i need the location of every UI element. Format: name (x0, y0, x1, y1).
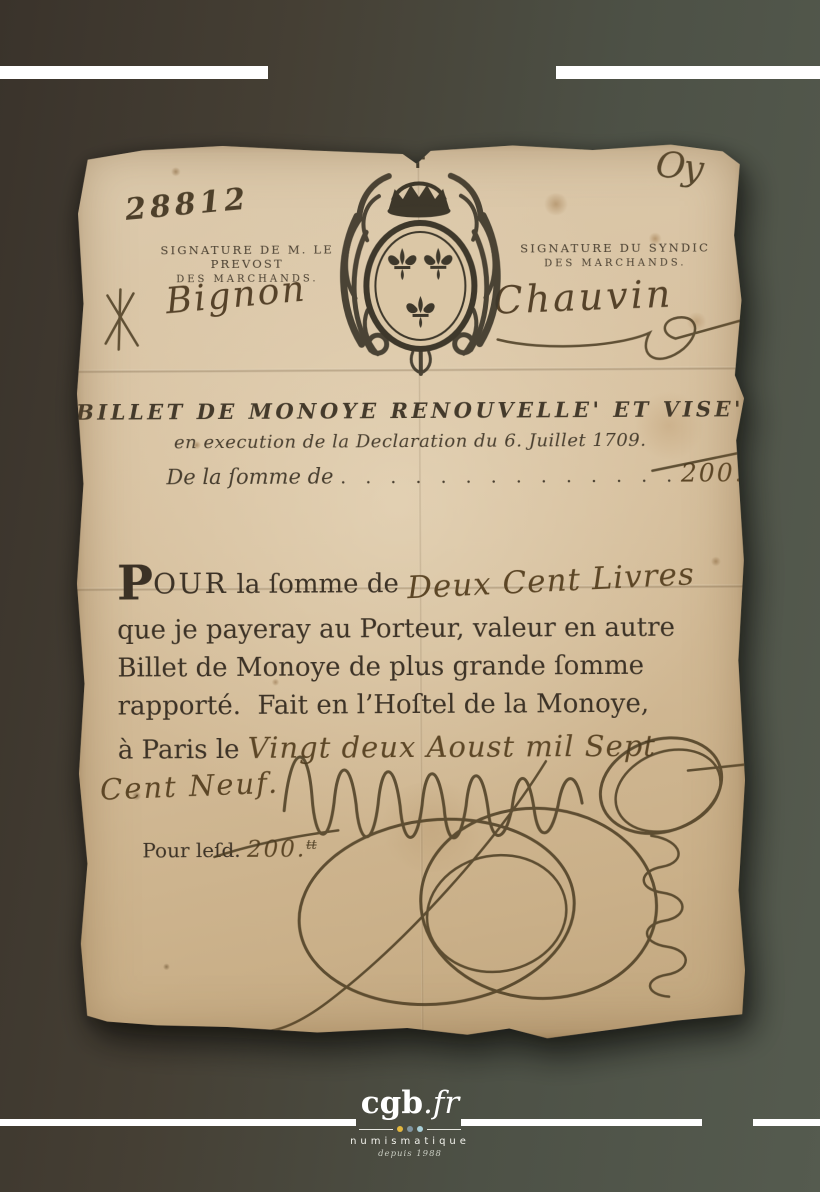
footer-printed: Pour leſd. (142, 838, 240, 863)
body-line-3: Billet de Monoye de plus grande ſomme (117, 651, 644, 684)
logo-divider (318, 1126, 502, 1132)
divider-dot (407, 1126, 413, 1132)
date-in-words: Vingt deux Aoust mil Sept (248, 729, 656, 765)
livre-tournois-symbol: tt (306, 838, 317, 853)
body-line-2: que je payeray au Porteur, valeur en aut… (117, 613, 675, 646)
date-in-words-continued: Cent Neuf. (99, 766, 279, 807)
syndic-signature-label: SIGNATURE DU SYNDIC DES MARCHANDS. (501, 240, 729, 269)
body-text: POUR la ſomme de Deux Cent Livres que je… (117, 548, 717, 551)
divider-dot (397, 1126, 403, 1132)
document-photo: 28812 Oy SIGNATURE DE M. LE PREVOST DES … (73, 140, 750, 1042)
bottom-left-bar (0, 1119, 356, 1126)
serial-number: 28812 (124, 181, 251, 227)
cgb-logo: cgb.fr numismatique depuis 1988 (318, 1086, 502, 1159)
stain (163, 963, 170, 970)
sum-line: De la ſomme de . . . . . . . . . . . . .… (166, 458, 755, 490)
syndic-signature: Chauvin (493, 272, 674, 323)
royal-coat-of-arms (331, 147, 510, 380)
sum-amount: 200. (681, 458, 745, 487)
divider-rule (359, 1129, 393, 1130)
body-line-5: à Paris le Vingt deux Aoust mil Sept (118, 729, 656, 766)
corner-paraph: Oy (654, 144, 704, 190)
top-left-bar (0, 66, 268, 79)
paper-sheet: 28812 Oy SIGNATURE DE M. LE PREVOST DES … (73, 140, 750, 1042)
pour-rest: OUR (153, 567, 228, 600)
sum-prefix: De la ſomme de (166, 464, 333, 489)
body-line-6: Cent Neuf. (100, 769, 279, 804)
livre-tournois-symbol: tt (745, 462, 756, 477)
footer-amount-line: Pour leſd. 200.tt (142, 836, 316, 863)
stain (376, 782, 486, 873)
stain (711, 556, 721, 566)
bignon-paraph (105, 289, 137, 349)
logo-since: depuis 1988 (318, 1149, 502, 1159)
body-line-4: rapporté. Fait en l’Hoſtel de la Monoye, (118, 689, 650, 722)
bottom-right-bar (753, 1119, 820, 1126)
chauvin-flourish (498, 317, 742, 360)
footer-amount: 200. (247, 837, 306, 863)
body-line1-printed: la ſomme de (236, 569, 399, 600)
cgb-logo-wordmark: cgb.fr (318, 1086, 502, 1120)
divider-rule (427, 1129, 461, 1130)
amount-in-words: Deux Cent Livres (406, 556, 695, 606)
billet-subtitle: en execution de la Declaration du 6. Jui… (74, 429, 746, 454)
syndic-label-line1: SIGNATURE DU SYNDIC (501, 240, 729, 255)
billet-title: BILLET DE MONOYE RENOUVELLE' ET VISE' (74, 396, 746, 425)
cgb-tld: .fr (423, 1085, 459, 1121)
cgb-brand: cgb (361, 1085, 423, 1121)
drop-cap-p: P (117, 555, 153, 611)
syndic-label-line2: DES MARCHANDS. (501, 257, 729, 269)
body-line-1: POUR la ſomme de Deux Cent Livres (117, 563, 695, 602)
logo-tagline: numismatique (318, 1136, 502, 1147)
divider-dot (417, 1126, 423, 1132)
stain (171, 167, 181, 176)
body-line5-printed: à Paris le (118, 735, 240, 766)
stain (543, 193, 569, 215)
sum-dotted-rule: . . . . . . . . . . . . . . (340, 465, 674, 489)
stain (686, 312, 708, 330)
top-right-bar (556, 66, 820, 79)
